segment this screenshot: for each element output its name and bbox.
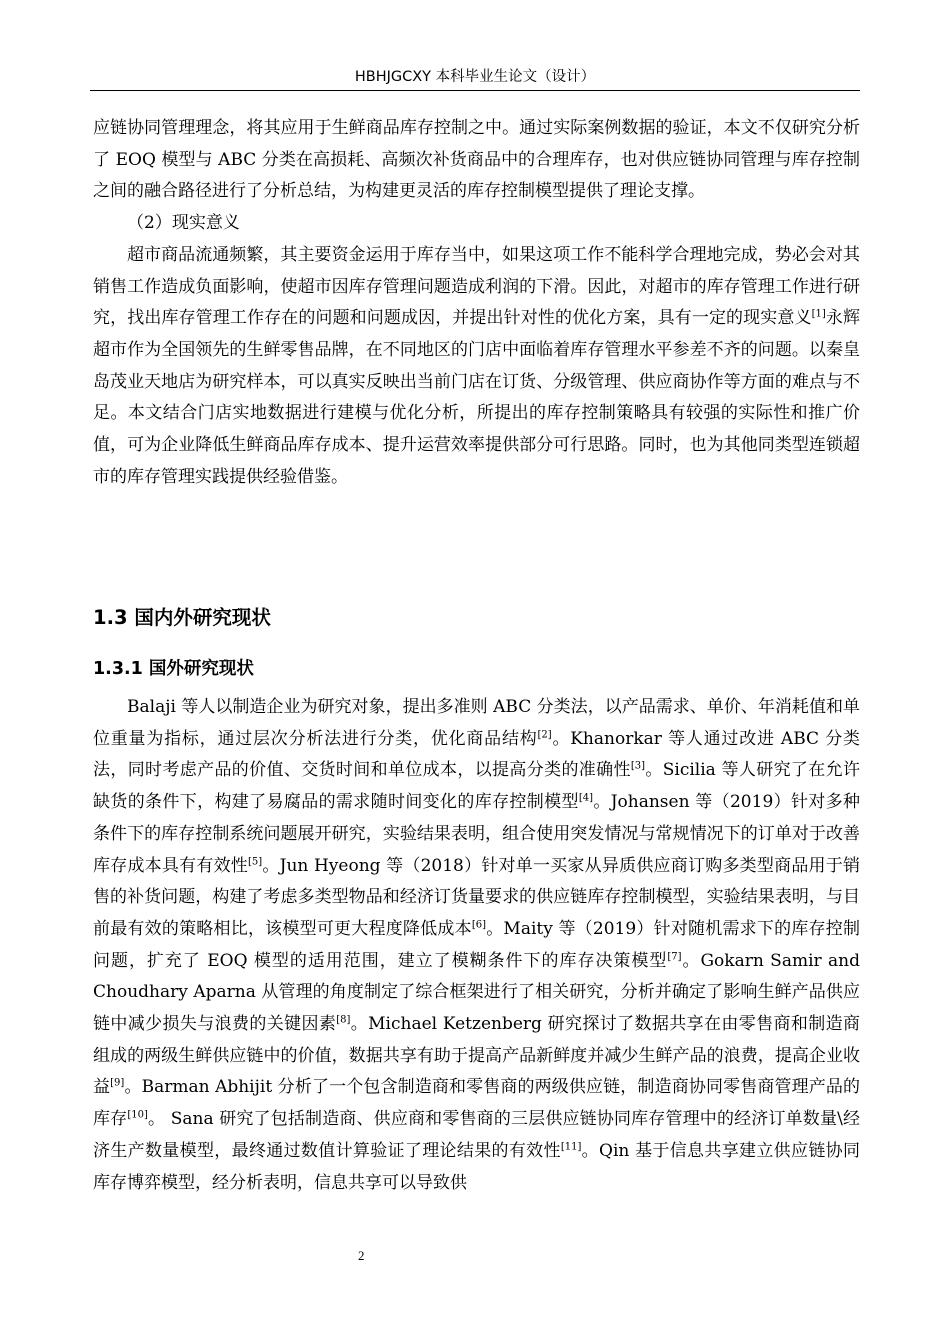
paragraph-practical-significance: 超市商品流通频繁，其主要资金运用于库存当中，如果这项工作不能科学合理地完成，势必… bbox=[93, 240, 860, 494]
text-segment: 永辉超市作为全国领先的生鲜零售品牌，在不同地区的门店中面临着库存管理水平参差不齐… bbox=[93, 308, 860, 487]
citation-ref: [6] bbox=[472, 919, 486, 930]
citation-ref: [2] bbox=[538, 729, 552, 740]
citation-ref: [3] bbox=[631, 761, 645, 772]
subheading-practical-significance: （2）现实意义 bbox=[93, 208, 860, 240]
page-number: 2 bbox=[358, 1248, 365, 1264]
text-segment: 超市商品流通频繁，其主要资金运用于库存当中，如果这项工作不能科学合理地完成，势必… bbox=[93, 245, 860, 328]
body-upper: 应链协同管理理念，将其应用于生鲜商品库存控制之中。通过实际案例数据的验证，本文不… bbox=[93, 113, 860, 493]
citation-ref: [9] bbox=[110, 1078, 124, 1089]
paragraph-continuation: 应链协同管理理念，将其应用于生鲜商品库存控制之中。通过实际案例数据的验证，本文不… bbox=[93, 113, 860, 208]
citation-ref: [10] bbox=[127, 1109, 148, 1120]
subsection-heading-1-3-1: 1.3.1 国外研究现状 bbox=[93, 655, 254, 680]
paragraph-foreign-research: Balaji 等人以制造企业为研究对象，提出多准则 ABC 分类法，以产品需求、… bbox=[93, 692, 860, 1199]
citation-ref: [11] bbox=[561, 1141, 582, 1152]
citation-ref: [8] bbox=[336, 1014, 350, 1025]
citation-ref: [5] bbox=[248, 856, 262, 867]
citation-ref: [7] bbox=[667, 951, 681, 962]
body-lower: Balaji 等人以制造企业为研究对象，提出多准则 ABC 分类法，以产品需求、… bbox=[93, 692, 860, 1199]
section-heading-1-3: 1.3 国内外研究现状 bbox=[93, 602, 271, 630]
header-title: HBHJGCXY 本科毕业生论文（设计） bbox=[355, 69, 595, 85]
citation-ref: [4] bbox=[579, 792, 593, 803]
citation-ref: [1] bbox=[812, 309, 826, 320]
page-header: HBHJGCXY 本科毕业生论文（设计） bbox=[90, 64, 860, 91]
